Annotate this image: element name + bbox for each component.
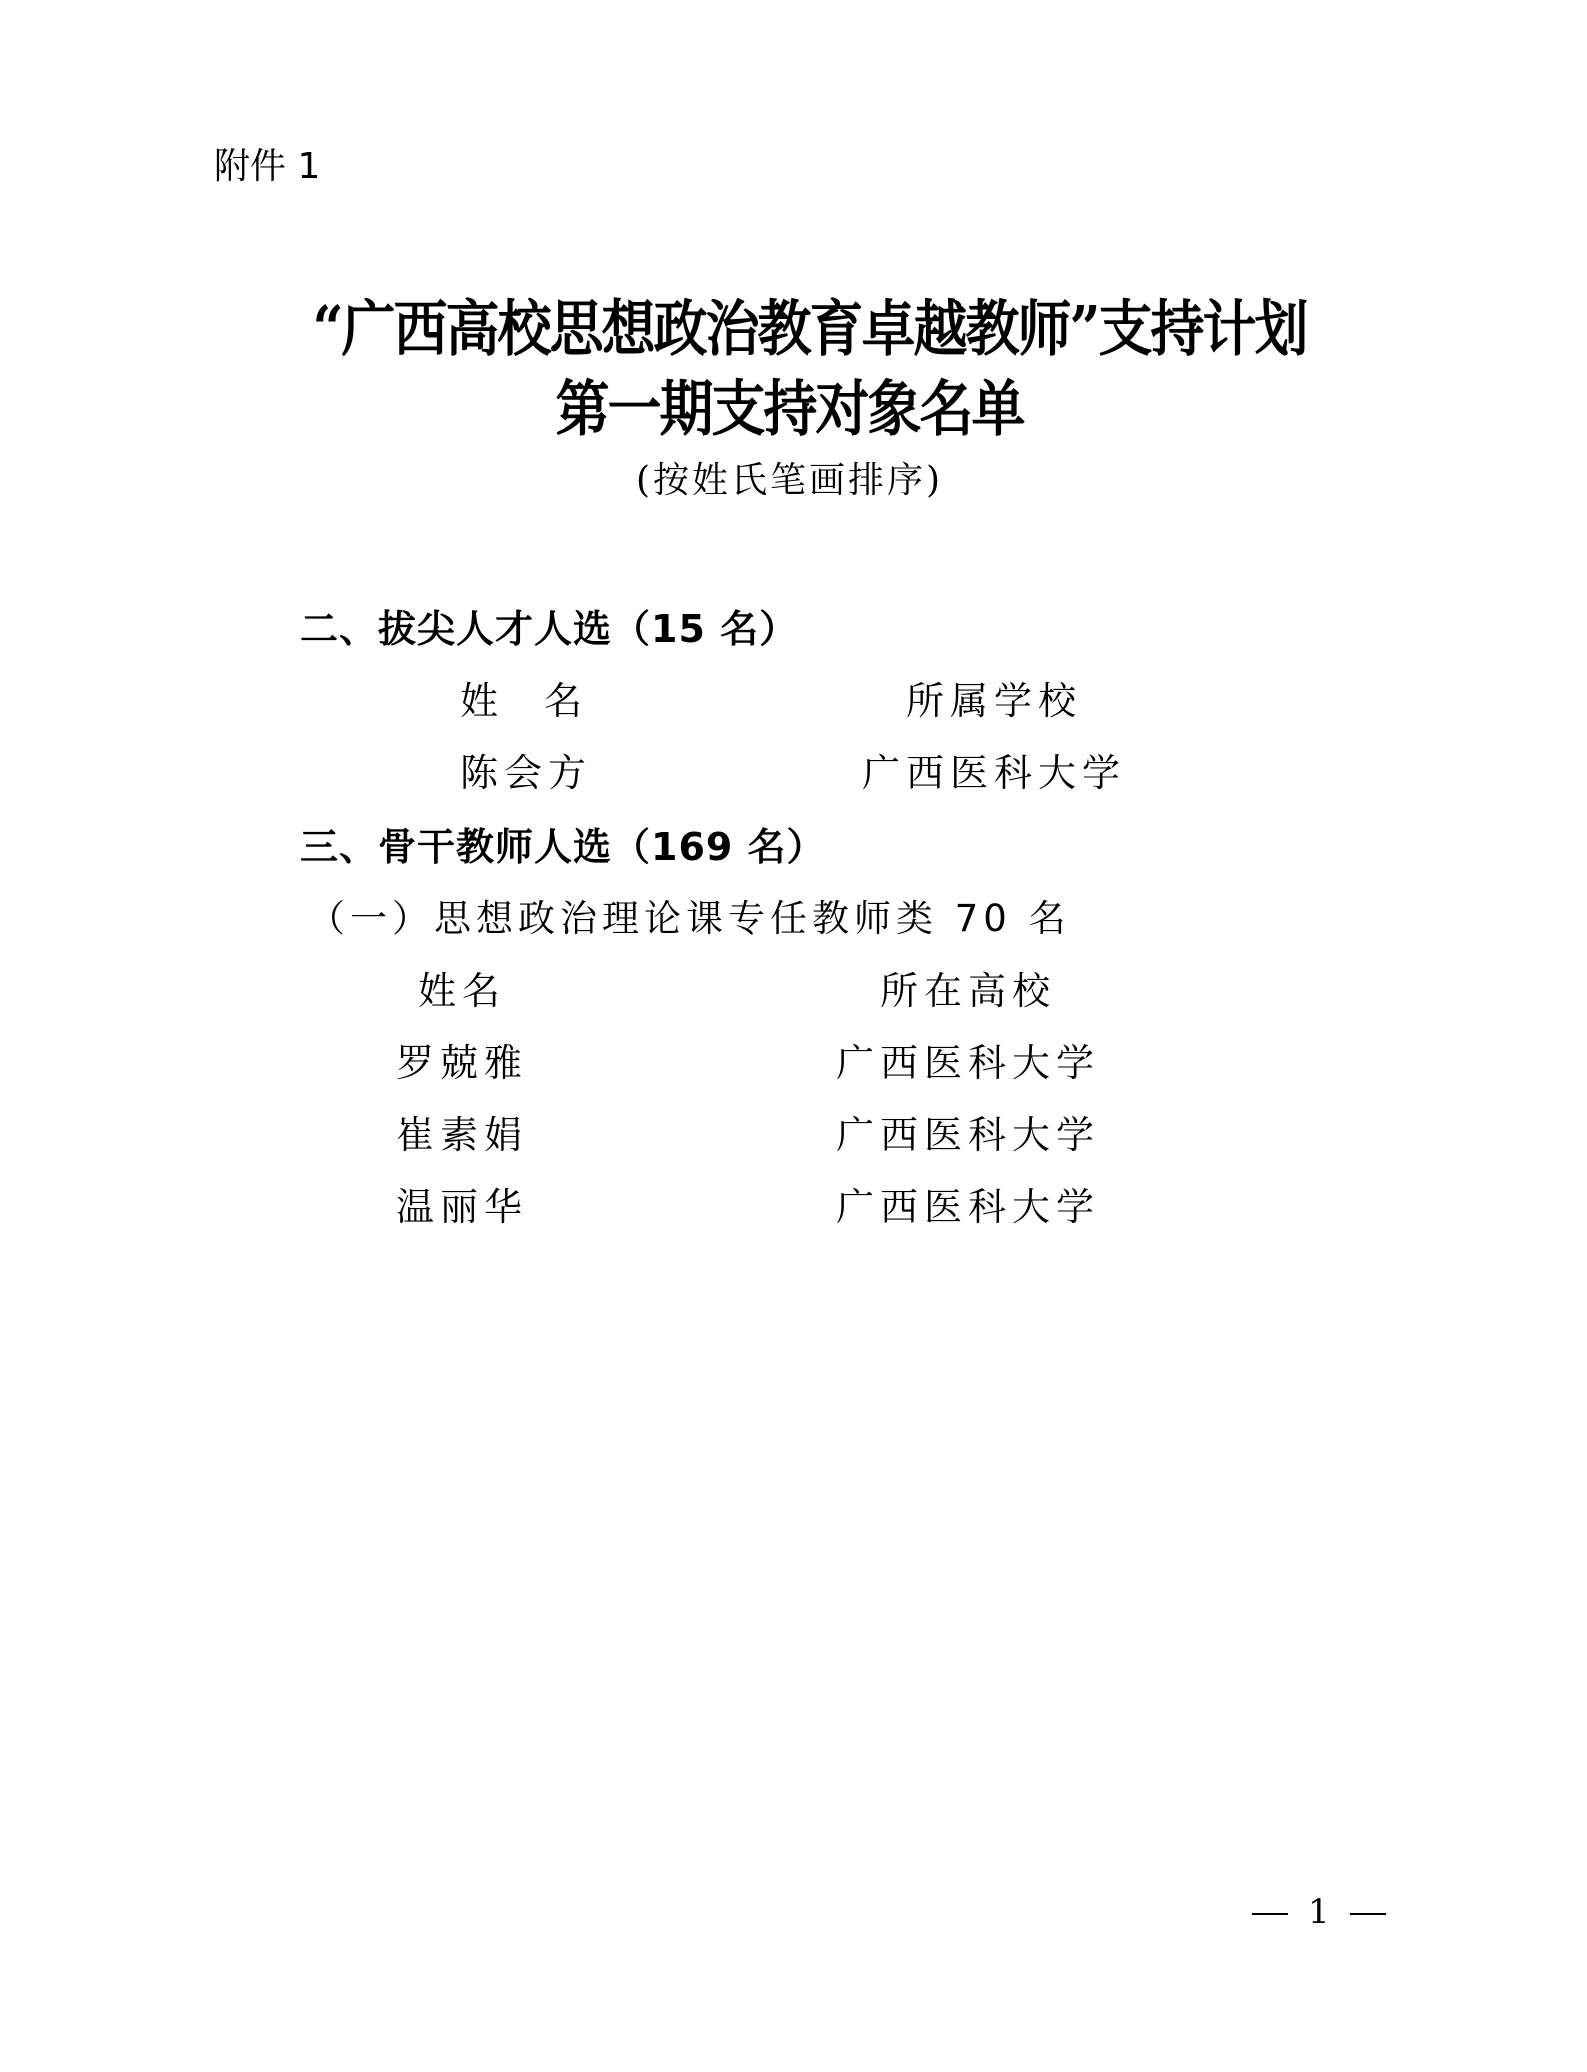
table-row-name: 陈会方 [460,742,592,797]
table-row-name: 温丽华 [396,1176,528,1231]
page-number: 1 [1232,1892,1406,1932]
table-row-name: 罗兢雅 [396,1032,528,1087]
document-title-line-1: “广西高校思想政治教育卓越教师”支持计划 [16,281,1587,367]
dash-right [1350,1913,1386,1915]
attachment-label: 附件 1 [214,138,320,189]
section-heading-backbone-teachers: 三、骨干教师人选（169 名） [300,816,826,871]
table-row-school: 广西医科大学 [862,742,1126,797]
table-row-school: 广西医科大学 [836,1032,1100,1087]
column-header-name: 姓 名 [460,670,586,725]
table-row-school: 广西医科大学 [836,1176,1100,1231]
sort-order-note: (按姓氏笔画排序) [0,452,1583,503]
dash-left [1252,1913,1288,1915]
table-row-name: 崔素娟 [396,1104,528,1159]
table-row-school: 广西医科大学 [836,1104,1100,1159]
page-number-value: 1 [1308,1892,1330,1932]
column-header-school: 所在高校 [880,960,1056,1015]
subsection-heading-ideology-teachers: （一）思想政治理论课专任教师类 70 名 [308,888,1071,942]
column-header-school: 所属学校 [906,670,1082,725]
section-heading-top-talents: 二、拔尖人才人选（15 名） [300,598,798,653]
column-header-name: 姓名 [418,960,506,1015]
document-title-line-2: 第一期支持对象名单 [0,361,1583,447]
